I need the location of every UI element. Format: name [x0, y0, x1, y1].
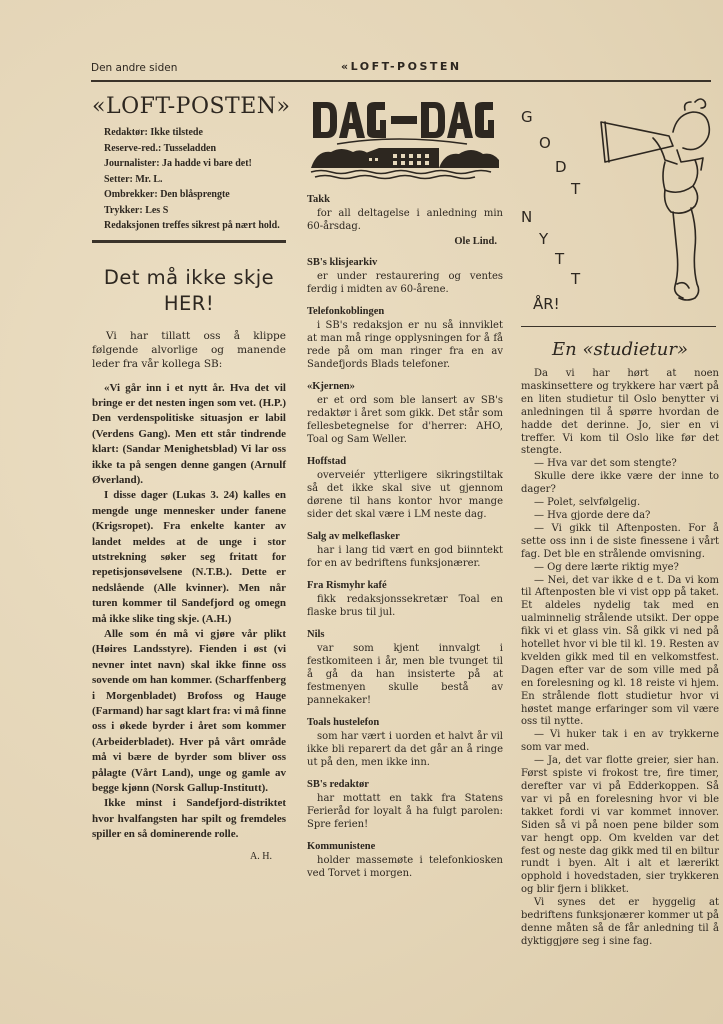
greeting-letter: ÅR! — [533, 295, 560, 313]
item-body: er et ord som ble lansert av SB's redakt… — [307, 394, 503, 446]
masthead-line: Redaksjonen treffes sikrest på nært hold… — [92, 218, 286, 234]
article-paragraph: — Polet, selvfølgelig. — [521, 497, 719, 510]
lead-article: Det må ikke skje HER! Vi har tillatt oss… — [92, 265, 286, 862]
item-heading: Toals hustelefon — [307, 716, 503, 730]
article-headline: Det må ikke skje HER! — [92, 265, 286, 317]
item-heading: «Kjernen» — [307, 380, 503, 394]
headline-line-1: Det må ikke skje — [92, 265, 286, 291]
item-heading: Telefonkoblingen — [307, 305, 503, 319]
paper-name: «LOFT-POSTEN — [341, 60, 462, 73]
article-paragraph: — Hva gjorde dere da? — [521, 510, 719, 523]
greeting-letter: N — [521, 208, 532, 226]
item-body: var som kjent innvalgt i festkomiteen i … — [307, 642, 503, 707]
new-year-greeting: G O D T N Y T T ÅR! — [521, 90, 719, 322]
column-left: «LOFT-POSTEN» Redaktør: Ikke tilstede Re… — [92, 90, 286, 862]
news-item: SB's klisjearkiv er under restaurering o… — [307, 256, 503, 296]
item-body: har mottatt en takk fra Statens Ferieråd… — [307, 792, 503, 831]
article-paragraph: «Vi går inn i et nytt år. Hva det vil br… — [92, 381, 286, 489]
dag-dag-logo-icon — [307, 98, 503, 180]
article-paragraph: Ikke minst i Sandefjord-distriktet hvor … — [92, 796, 286, 842]
greeting-letter: Y — [539, 230, 548, 248]
article-intro: Vi har tillatt oss å klippe følgende alv… — [92, 329, 286, 371]
article-paragraph: Vi synes det er hyggelig at bedriftens f… — [521, 897, 719, 949]
item-heading: Nils — [307, 628, 503, 642]
item-body: overveiér ytterligere sikringstiltak så … — [307, 469, 503, 521]
news-item: «Kjernen» er et ord som ble lansert av S… — [307, 380, 503, 446]
divider — [92, 240, 286, 243]
news-item: Fra Rismyhr kafé fikk redaksjonssekretær… — [307, 579, 503, 619]
item-body: i SB's redaksjon er nu så innviklet at m… — [307, 319, 503, 371]
news-item: Takk for all deltagelse i anledning min … — [307, 193, 503, 247]
article-paragraph: — Hva var det som stengte? — [521, 458, 719, 471]
item-heading: SB's klisjearkiv — [307, 256, 503, 270]
news-item: Kommunistene holder massemøte i telefonk… — [307, 840, 503, 880]
greeting-letter: T — [555, 250, 564, 268]
masthead-line: Journalister: Ja hadde vi bare det! — [92, 156, 286, 172]
news-item: Nils var som kjent innvalgt i festkomite… — [307, 628, 503, 707]
headline-line-2: HER! — [92, 291, 286, 317]
news-item: Hoffstad overveiér ytterligere sikringst… — [307, 455, 503, 521]
divider — [521, 326, 716, 327]
article-signature: A. H. — [92, 851, 286, 862]
item-body: holder massemøte i telefonkiosken ved To… — [307, 854, 503, 880]
article-paragraph: I disse dager (Lukas 3. 24) kalles en me… — [92, 488, 286, 627]
masthead-line: Trykker: Les S — [92, 203, 286, 219]
masthead: «LOFT-POSTEN» Redaktør: Ikke tilstede Re… — [92, 94, 286, 243]
news-item: Telefonkoblingen i SB's redaksjon er nu … — [307, 305, 503, 371]
news-item: Toals hustelefon som har vært i uorden e… — [307, 716, 503, 769]
item-heading: Kommunistene — [307, 840, 503, 854]
column-right: G O D T N Y T T ÅR! — [521, 90, 719, 949]
greeting-letter: O — [539, 134, 551, 152]
item-signature: Ole Lind. — [307, 236, 503, 247]
masthead-title: «LOFT-POSTEN» — [92, 94, 286, 119]
newspaper-page: Den andre siden «LOFT-POSTEN «LOFT-POSTE… — [0, 0, 723, 1024]
article-headline: En «studietur» — [521, 339, 719, 360]
greeting-letter: D — [555, 158, 567, 176]
item-body: har i lang tid vært en god biinntekt for… — [307, 544, 503, 570]
item-heading: Fra Rismyhr kafé — [307, 579, 503, 593]
item-body: for all deltagelse i anledning min 60-år… — [307, 207, 503, 233]
article-paragraph: — Vi gikk til Aftenposten. For å sette o… — [521, 523, 719, 562]
masthead-line: Redaktør: Ikke tilstede — [92, 125, 286, 141]
page-label: Den andre siden — [91, 62, 177, 74]
greeting-letter: T — [571, 180, 580, 198]
article-paragraph: Skulle dere ikke være der inne to dager? — [521, 471, 719, 497]
column-middle: Takk for all deltagelse i anledning min … — [307, 90, 503, 880]
masthead-line: Setter: Mr. L. — [92, 172, 286, 188]
news-item: Salg av melkeflasker har i lang tid vært… — [307, 530, 503, 570]
article-paragraph: — Ja, det var flotte greier, sier han. F… — [521, 755, 719, 897]
masthead-line: Ombrekker: Den blåsprengte — [92, 187, 286, 203]
baby-with-megaphone-icon — [591, 90, 721, 320]
article-paragraph: — Og dere lærte riktig mye? — [521, 562, 719, 575]
item-heading: Hoffstad — [307, 455, 503, 469]
item-body: er under restaurering og ventes ferdig i… — [307, 270, 503, 296]
article-paragraph: Da vi har hørt at noen maskinsettere og … — [521, 368, 719, 458]
article-paragraph: — Vi huker tak i en av trykkerne som var… — [521, 729, 719, 755]
item-body: som har vært i uorden et halvt år vil ik… — [307, 730, 503, 769]
studietur-article: En «studietur» Da vi har hørt at noen ma… — [521, 339, 719, 949]
item-heading: Salg av melkeflasker — [307, 530, 503, 544]
greeting-letter: T — [571, 270, 580, 288]
greeting-letter: G — [521, 108, 533, 126]
article-paragraph: Alle som én må vi gjøre vår plikt (Høire… — [92, 627, 286, 796]
masthead-line: Reserve-red.: Tusseladden — [92, 141, 286, 157]
news-item: SB's redaktør har mottatt en takk fra St… — [307, 778, 503, 831]
running-head: Den andre siden «LOFT-POSTEN — [91, 60, 711, 82]
item-heading: Takk — [307, 193, 503, 207]
item-heading: SB's redaktør — [307, 778, 503, 792]
item-body: fikk redaksjonssekretær Toal en flaske b… — [307, 593, 503, 619]
article-paragraph: — Nei, det var ikke d e t. Da vi kom til… — [521, 575, 719, 730]
